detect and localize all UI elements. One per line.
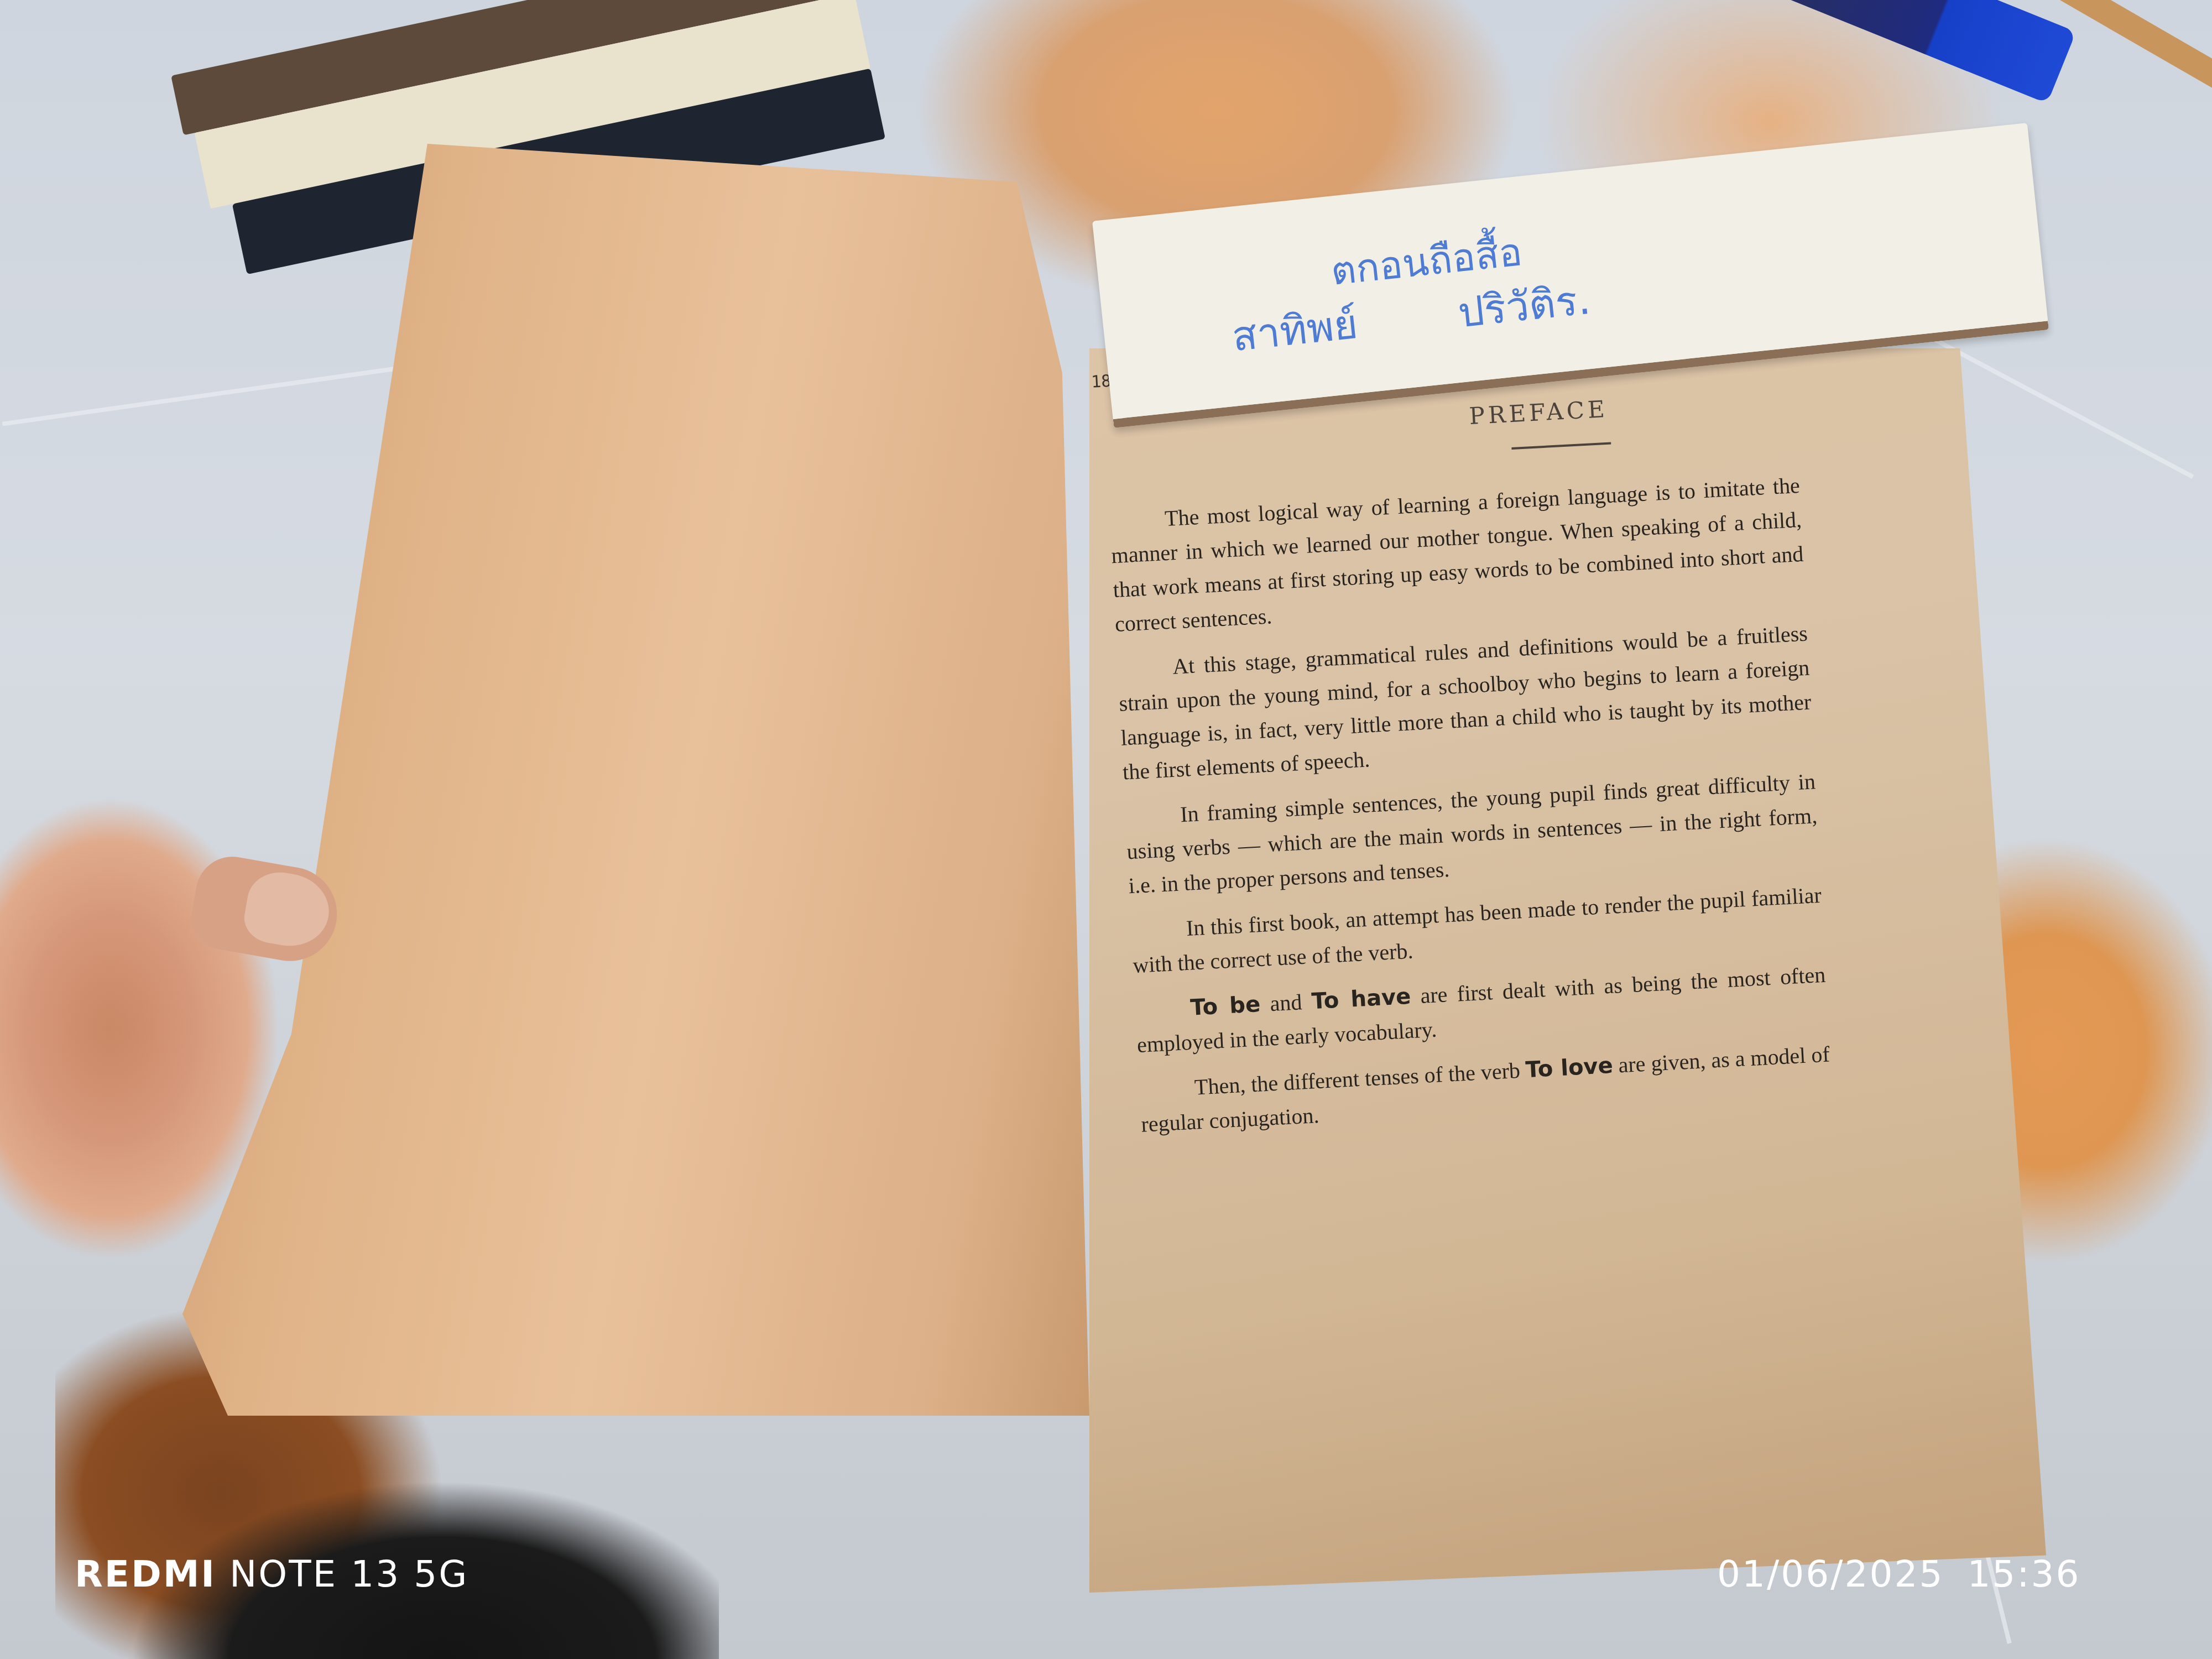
watermark-model: NOTE 13 5G bbox=[216, 1553, 468, 1595]
bold-to-have: To have bbox=[1311, 984, 1412, 1014]
title-divider bbox=[1511, 442, 1611, 450]
watermark-brand: REDMI bbox=[75, 1553, 216, 1595]
bold-to-be: To be bbox=[1190, 992, 1261, 1021]
text-span: and bbox=[1260, 989, 1312, 1016]
preface-body: The most logical way of learning a forei… bbox=[1109, 468, 1833, 1153]
preface-page-content: 18-6-1959. PREFACE The most logical way … bbox=[1057, 324, 2078, 1616]
camera-watermark-datetime: 01/06/2025 15:36 bbox=[1717, 1553, 2081, 1595]
camera-watermark-model: REDMI NOTE 13 5G bbox=[75, 1553, 468, 1595]
hand-holding-book bbox=[0, 719, 343, 1355]
paragraph-1: The most logical way of learning a forei… bbox=[1109, 468, 1806, 641]
bold-to-love: To love bbox=[1525, 1053, 1614, 1083]
paragraph-3: In framing simple sentences, the young p… bbox=[1124, 764, 1820, 903]
paragraph-2: At this stage, grammatical rules and def… bbox=[1117, 617, 1814, 790]
text-span: Then, the different tenses of the verb bbox=[1194, 1057, 1526, 1099]
